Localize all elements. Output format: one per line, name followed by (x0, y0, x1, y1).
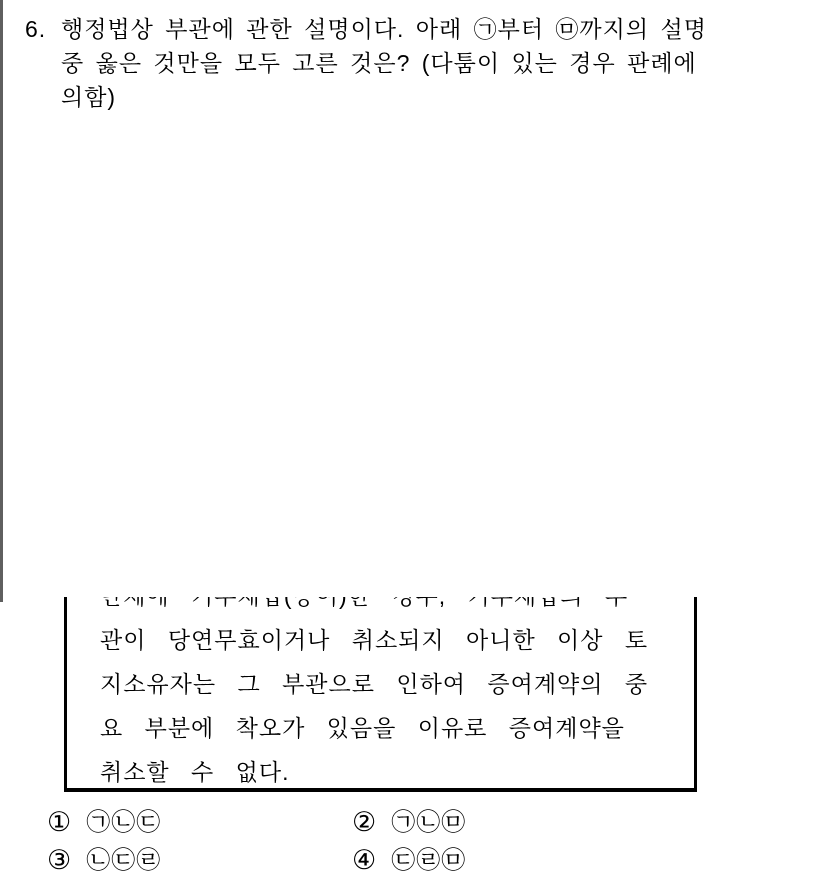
option-3-value: ㉡㉢㉣ (86, 846, 161, 875)
option-4-value: ㉢㉣㉤ (391, 846, 466, 875)
question-text-line: 행정법상 부관에 관한 설명이다. 아래 ㉠부터 ㉤까지의 설명 (61, 12, 707, 46)
option-3-marker: ③ (47, 846, 71, 875)
option-2-marker: ② (352, 808, 376, 837)
option-1-value: ㉠㉡㉢ (86, 808, 161, 837)
option-1-marker: ① (47, 808, 71, 837)
case-excerpt-box: 단체에 기부채납(증여)한 경우, 기부채납의 부 관이 당연무효이거나 취소되… (64, 597, 697, 792)
case-text-line: 취소할 수 없다. (100, 750, 686, 792)
answer-options: ① ㉠㉡㉢ ② ㉠㉡㉤ ③ ㉡㉢㉣ ④ ㉢㉣㉤ (47, 808, 466, 875)
exam-page: 6. 행정법상 부관에 관한 설명이다. 아래 ㉠부터 ㉤까지의 설명 중 옳은… (0, 0, 826, 882)
column-divider-line (0, 0, 3, 602)
case-text-line: 지소유자는 그 부관으로 인하여 증여계약의 중 (100, 662, 686, 706)
question-text-line: 중 옳은 것만을 모두 고른 것은? (다툼이 있는 경우 판례에 (61, 46, 707, 80)
option-4-marker: ④ (352, 846, 376, 875)
case-text-line: 관이 당연무효이거나 취소되지 아니한 이상 토 (100, 618, 686, 662)
question-text: 행정법상 부관에 관한 설명이다. 아래 ㉠부터 ㉤까지의 설명 중 옳은 것만… (61, 12, 707, 114)
option-2-value: ㉠㉡㉤ (391, 808, 466, 837)
option-1[interactable]: ① ㉠㉡㉢ (47, 808, 352, 837)
option-3[interactable]: ③ ㉡㉢㉣ (47, 846, 352, 875)
question-block: 6. 행정법상 부관에 관한 설명이다. 아래 ㉠부터 ㉤까지의 설명 중 옳은… (25, 12, 707, 114)
question-text-line: 의함) (61, 80, 707, 114)
case-text-line: 요 부분에 착오가 있음을 이유로 증여계약을 (100, 706, 686, 750)
option-2[interactable]: ② ㉠㉡㉤ (352, 808, 466, 837)
option-4[interactable]: ④ ㉢㉣㉤ (352, 846, 466, 875)
question-number: 6. (25, 12, 61, 46)
case-clipped-line: 단체에 기부채납(증여)한 경우, 기부채납의 부 (100, 597, 686, 618)
